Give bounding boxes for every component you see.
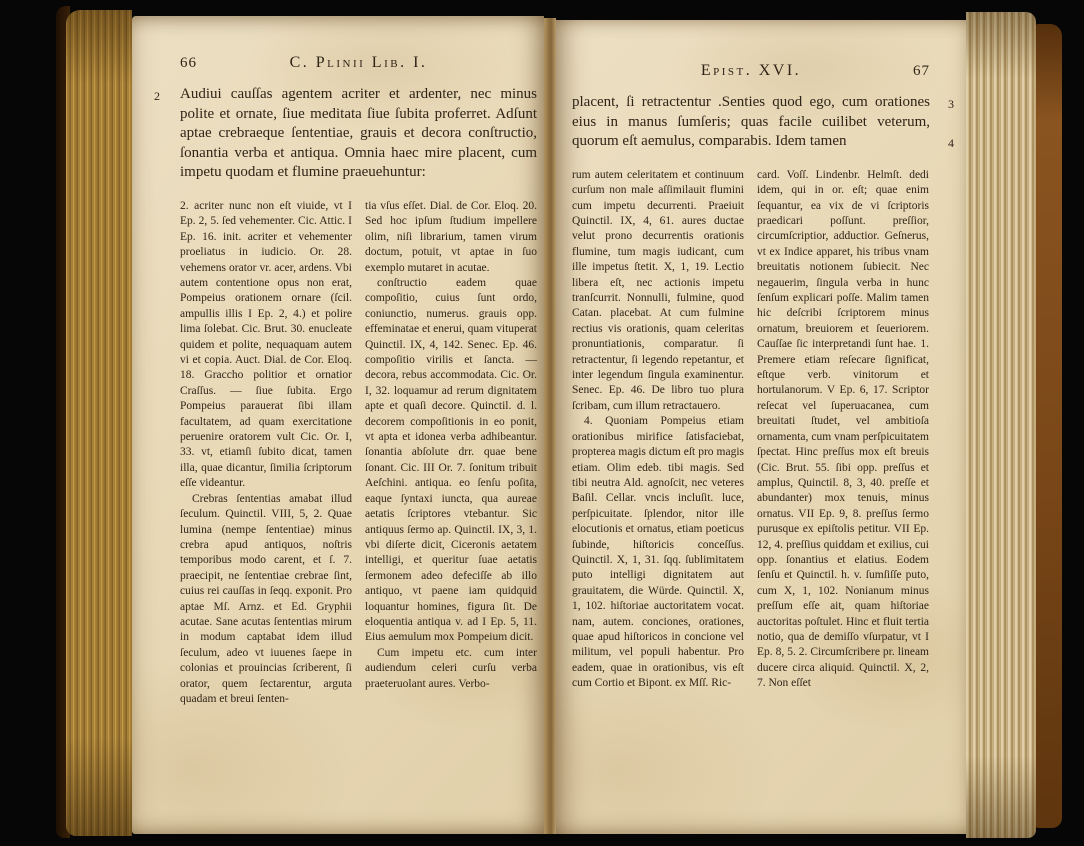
right-running-title: Epist. XVI. bbox=[606, 62, 896, 80]
left-commentary-column-1: 2. acriter nunc non eſt viuide, vt I Ep.… bbox=[180, 199, 352, 707]
right-main-text: placent, ſi retractentur .Senties quod e… bbox=[572, 94, 930, 149]
left-page: 66 C. Plinii Lib. I. 2 Audiui cauſſas ag… bbox=[132, 16, 544, 834]
left-page-number: 66 bbox=[180, 55, 214, 72]
commentary-paragraph: Cum impetu etc. cum inter audiendum cele… bbox=[365, 646, 537, 692]
commentary-paragraph: 2. acriter nunc non eſt viuide, vt I Ep.… bbox=[180, 199, 352, 492]
left-main-text-block: 2 Audiui cauſſas agentem acriter et arde… bbox=[180, 85, 537, 183]
book-cover-right bbox=[1036, 24, 1062, 828]
left-running-title: C. Plinii Lib. I. bbox=[214, 54, 503, 72]
right-page-number: 67 bbox=[896, 63, 930, 80]
left-commentary: 2. acriter nunc non eſt viuide, vt I Ep.… bbox=[180, 199, 537, 707]
page-stack-edge bbox=[966, 12, 1036, 838]
right-main-text-block: 3 4 placent, ſi retractentur .Senties qu… bbox=[572, 93, 930, 152]
right-page: Epist. XVI. 67 3 4 placent, ſi retracten… bbox=[556, 20, 966, 834]
left-commentary-column-2: tia vſus eſſet. Dial. de Cor. Eloq. 20. … bbox=[365, 199, 537, 707]
commentary-paragraph: tia vſus eſſet. Dial. de Cor. Eloq. 20. … bbox=[365, 199, 537, 276]
right-commentary-column-1: rum autem celeritatem et continuum curſu… bbox=[572, 168, 744, 692]
commentary-paragraph: 4. Quoniam Pompeius etiam orationibus mi… bbox=[572, 414, 744, 691]
book-photograph: 66 C. Plinii Lib. I. 2 Audiui cauſſas ag… bbox=[0, 0, 1084, 846]
left-main-text: Audiui cauſſas agentem acriter et ardent… bbox=[180, 86, 537, 180]
right-commentary: rum autem celeritatem et continuum curſu… bbox=[572, 168, 930, 692]
commentary-paragraph: card. Voſſ. Lindenbr. Helmſt. dedi idem,… bbox=[757, 168, 929, 692]
right-commentary-column-2: card. Voſſ. Lindenbr. Helmſt. dedi idem,… bbox=[757, 168, 929, 692]
commentary-paragraph: conſtructio eadem quae compoſitio, cuius… bbox=[365, 276, 537, 646]
commentary-paragraph: Crebras ſententias amabat illud ſeculum.… bbox=[180, 492, 352, 708]
section-marker-3: 3 bbox=[948, 95, 954, 115]
right-page-header: Epist. XVI. 67 bbox=[572, 62, 930, 80]
section-marker-4: 4 bbox=[948, 134, 954, 154]
left-page-header: 66 C. Plinii Lib. I. bbox=[180, 54, 537, 72]
book-gutter bbox=[544, 18, 556, 834]
gilt-fore-edge bbox=[66, 10, 132, 836]
commentary-paragraph: rum autem celeritatem et continuum curſu… bbox=[572, 168, 744, 415]
section-marker-2: 2 bbox=[154, 87, 160, 107]
